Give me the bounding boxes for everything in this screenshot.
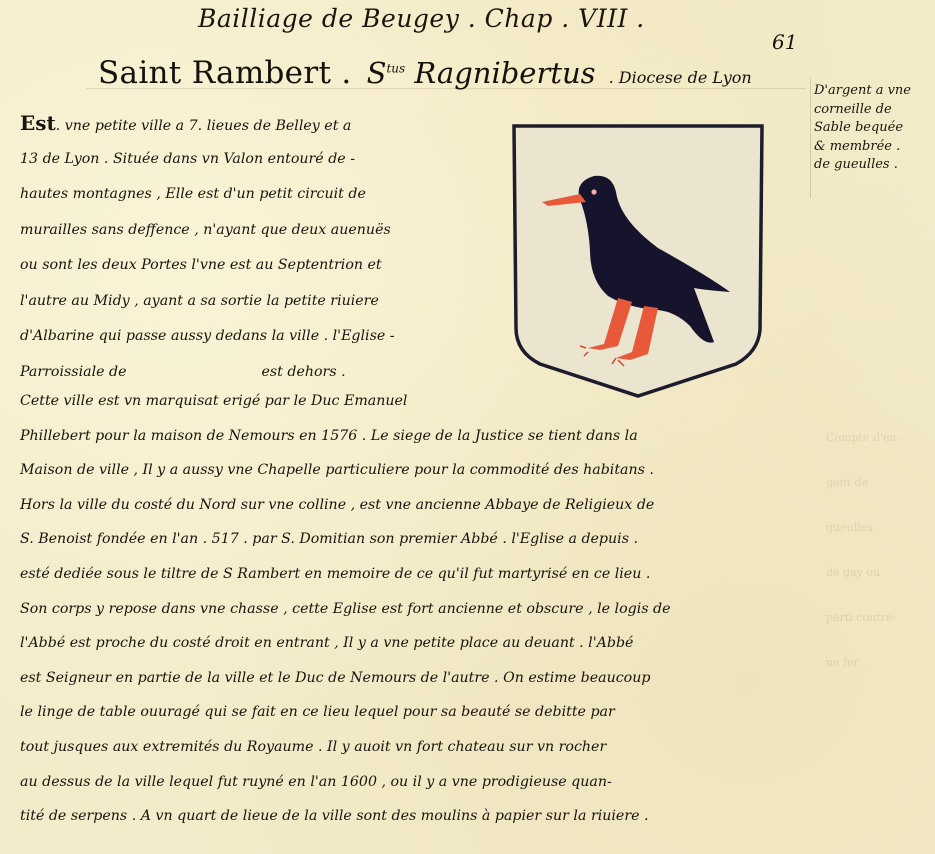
text-line: esté dediée sous le tiltre de S Rambert … (20, 557, 671, 592)
text-block-narrow: Est. vne petite ville a 7. lieues de Bel… (20, 106, 395, 390)
text-line: hautes montagnes , Elle est d'un petit c… (20, 177, 395, 213)
text-line: tout jusques aux extremités du Royaume .… (20, 730, 671, 765)
text-line: le linge de table ouuragé qui se fait en… (20, 695, 671, 730)
page-title: Saint Rambert . Stus Ragnibertus . Dioce… (98, 55, 752, 91)
text-line: Phillebert pour la maison de Nemours en … (20, 419, 671, 454)
title-latin-name: Stus Ragnibertus (367, 56, 596, 90)
coat-of-arms-shield (508, 120, 768, 400)
text-line: ou sont les deux Portes l'vne est au Sep… (20, 248, 395, 284)
text-line: Son corps y repose dans vne chasse , cet… (20, 592, 671, 627)
text-line: Maison de ville , Il y a aussy vne Chape… (20, 453, 671, 488)
text-line: Est. vne petite ville a 7. lieues de Bel… (20, 106, 395, 142)
folio-number: 61 (772, 30, 797, 54)
text-line: d'Albarine qui passe aussy dedans la vil… (20, 319, 395, 355)
title-diocese: . Diocese de Lyon (609, 68, 752, 87)
manuscript-page: Compte d'en- gent de gueulles de gay ou … (0, 0, 935, 854)
text-line: l'autre au Midy , ayant a sa sortie la p… (20, 284, 395, 320)
running-head: Bailliage de Beugey . Chap . VIII . (198, 4, 645, 33)
blazon-margin-note: D'argent a vne corneille de Sable bequée… (814, 82, 924, 175)
title-french-name: Saint Rambert . (98, 55, 352, 91)
text-line: au dessus de la ville lequel fut ruyné e… (20, 765, 671, 800)
bleed-through-text: Compte d'en- gent de gueulles de gay ou … (826, 400, 900, 700)
text-line: Cette ville est vn marquisat erigé par l… (20, 384, 671, 419)
text-line: l'Abbé est proche du costé droit en entr… (20, 626, 671, 661)
text-line: murailles sans deffence , n'ayant que de… (20, 213, 395, 249)
text-line: S. Benoist fondée en l'an . 517 . par S.… (20, 522, 671, 557)
margin-rule (810, 78, 811, 198)
text-line: tité de serpens . A vn quart de lieue de… (20, 799, 671, 834)
text-line: Hors la ville du costé du Nord sur vne c… (20, 488, 671, 523)
text-line: 13 de Lyon . Située dans vn Valon entour… (20, 142, 395, 178)
lead-word: Est (20, 111, 56, 135)
text-block-wide: Cette ville est vn marquisat erigé par l… (20, 384, 671, 834)
text-line: est Seigneur en partie de la ville et le… (20, 661, 671, 696)
